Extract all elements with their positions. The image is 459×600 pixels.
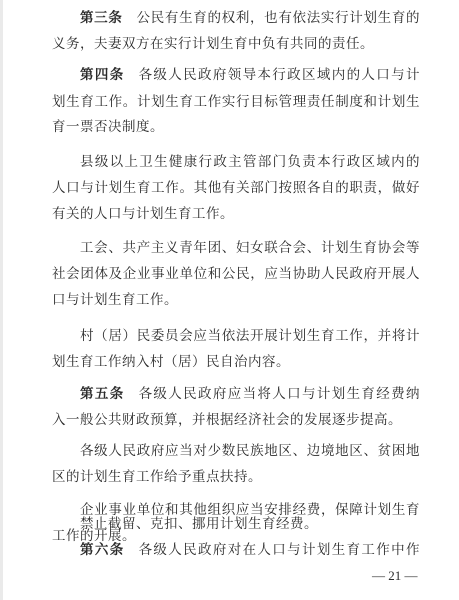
article-3-heading: 第三条 (80, 10, 123, 26)
article-5-line-2: 入一般公共财政预算，并根据经济社会的发展逐步提高。 (52, 410, 420, 430)
article-5-line-1: 第五条各级人民政府应当将人口与计划生育经费纳 (80, 384, 420, 404)
paragraph-minority-line-2: 区的计划生育工作给予重点扶持。 (52, 467, 420, 487)
paragraph-organizations-line-2: 社会团体及企业事业单位和公民，应当协助人民政府开展人 (52, 264, 420, 284)
paragraph-county-line-3: 有关的人口与计划生育工作。 (52, 204, 420, 224)
article-4-line-3: 育一票否决制度。 (52, 117, 420, 137)
article-6-line-1: 第六条各级人民政府对在人口与计划生育工作中作 (80, 540, 420, 560)
article-3-line-2: 义务，夫妻双方在实行计划生育中负有共同的责任。 (52, 34, 420, 54)
paragraph-organizations-line-3: 口与计划生育工作。 (52, 290, 420, 310)
page-left-edge (0, 0, 3, 600)
article-4-heading: 第四条 (80, 67, 125, 83)
article-4-line-2: 划生育工作。计划生育工作实行目标管理责任制度和计划生 (52, 92, 420, 112)
paragraph-village-line-2: 划生育工作纳入村（居）民自治内容。 (52, 352, 420, 372)
article-4-line-1: 第四条各级人民政府领导本行政区域内的人口与计 (80, 65, 420, 85)
article-3-line-1: 第三条公民有生育的权利，也有依法实行计划生育的 (80, 8, 420, 28)
paragraph-village-line-1: 村（居）民委员会应当依法开展计划生育工作，并将计 (80, 326, 420, 346)
paragraph-county-line-1: 县级以上卫生健康行政主管部门负责本行政区域内的 (80, 152, 420, 172)
paragraph-minority-line-1: 各级人民政府应当对少数民族地区、边境地区、贫困地 (80, 441, 420, 461)
page-number: — 21 — (372, 568, 418, 584)
paragraph-organizations-line-1: 工会、共产主义青年团、妇女联合会、计划生育协会等 (80, 238, 420, 258)
text: 各级人民政府应当将人口与计划生育经费纳 (139, 386, 420, 402)
article-5-heading: 第五条 (80, 386, 125, 402)
paragraph-prohibit-line-1: 禁止截留、克扣、挪用计划生育经费。 (80, 514, 420, 534)
text: 公民有生育的权利，也有依法实行计划生育的 (137, 10, 420, 26)
text: 各级人民政府领导本行政区域内的人口与计 (139, 67, 420, 83)
article-6-heading: 第六条 (80, 542, 125, 558)
paragraph-county-line-2: 人口与计划生育工作。其他有关部门按照各自的职责，做好 (52, 178, 420, 198)
text: 各级人民政府对在人口与计划生育工作中作 (139, 542, 420, 558)
